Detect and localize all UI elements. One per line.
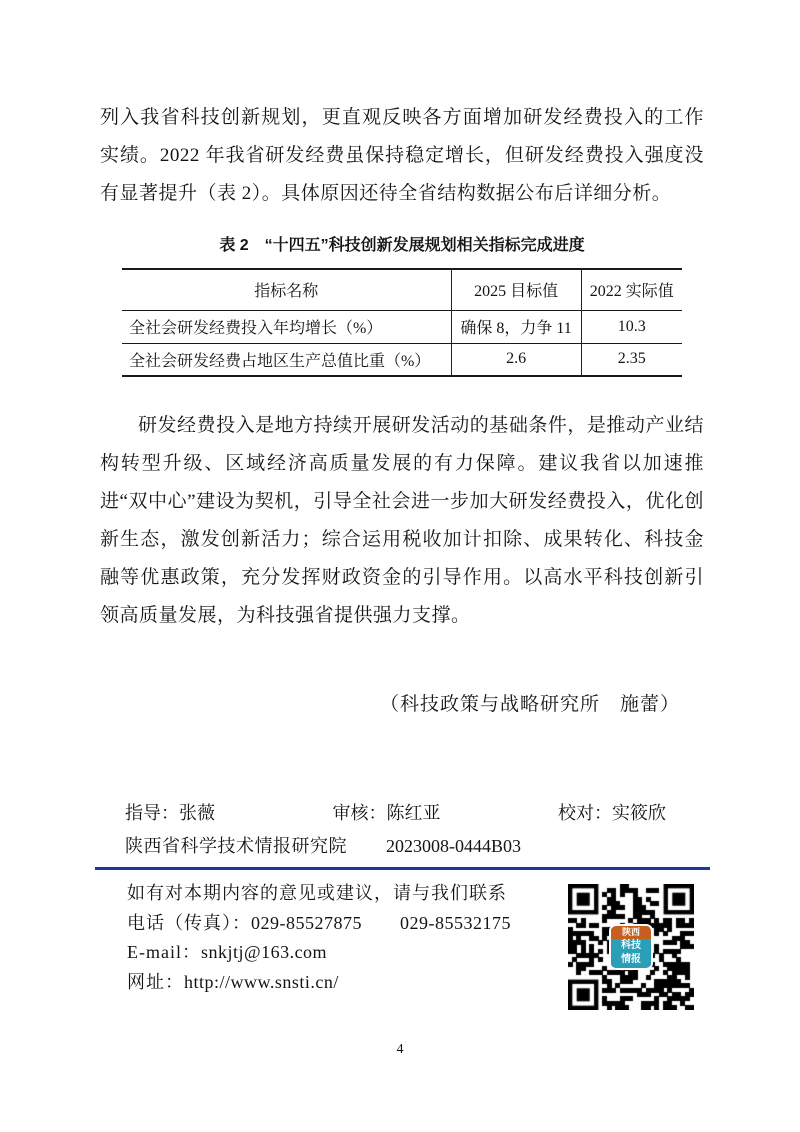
indicators-table: 指标名称 2025 目标值 2022 实际值 全社会研发经费投入年均增长（%） … xyxy=(122,268,682,377)
footer-divider xyxy=(95,867,710,870)
email-label: E-mail： xyxy=(127,942,201,962)
qr-logo-body-text: 科技 情报 xyxy=(611,939,651,968)
contact-phone-line: 电话（传真）：029-85527875029-85532175 xyxy=(127,909,511,939)
credit-guide: 指导：张薇 xyxy=(125,799,215,825)
qr-code: 陕西 科技 情报 xyxy=(565,881,697,1013)
table-header-row: 指标名称 2025 目标值 2022 实际值 xyxy=(122,269,682,310)
credits-row: 指导：张薇 审核：陈红亚 校对：实筱欣 xyxy=(100,799,666,825)
website-url: http://www.snsti.cn/ xyxy=(184,972,339,992)
phone-number-2: 029-85532175 xyxy=(400,913,511,933)
contact-web-line: 网址：http://www.snsti.cn/ xyxy=(127,968,511,998)
qr-logo-top-text: 陕西 xyxy=(611,926,651,939)
table-row: 全社会研发经费投入年均增长（%） 确保 8，力争 11 10.3 xyxy=(122,310,682,343)
body-paragraph-1: 列入我省科技创新规划，更直观反映各方面增加研发经费投入的工作实绩。2022 年我… xyxy=(100,99,704,213)
document-page: 列入我省科技创新规划，更直观反映各方面增加研发经费投入的工作实绩。2022 年我… xyxy=(0,0,800,1132)
cell-indicator: 全社会研发经费投入年均增长（%） xyxy=(122,310,451,343)
body-paragraph-2: 研发经费投入是地方持续开展研发活动的基础条件，是推动产业结构转型升级、区域经济高… xyxy=(100,407,704,635)
credit-review: 审核：陈红亚 xyxy=(333,799,441,825)
col-header-target-2025: 2025 目标值 xyxy=(451,269,581,310)
page-content: 列入我省科技创新规划，更直观反映各方面增加研发经费投入的工作实绩。2022 年我… xyxy=(100,99,704,716)
contact-info: 如有对本期内容的意见或建议，请与我们联系 电话（传真）：029-85527875… xyxy=(100,879,511,1013)
phone-number-1: 029-85527875 xyxy=(251,913,362,933)
credit-proof: 校对：实筱欣 xyxy=(558,799,666,825)
contact-intro: 如有对本期内容的意见或建议，请与我们联系 xyxy=(127,879,511,909)
col-header-actual-2022: 2022 实际值 xyxy=(581,269,682,310)
page-number: 4 xyxy=(0,1042,800,1058)
col-header-indicator: 指标名称 xyxy=(122,269,451,310)
table-row: 全社会研发经费占地区生产总值比重（%） 2.6 2.35 xyxy=(122,343,682,376)
cell-target: 确保 8，力争 11 xyxy=(451,310,581,343)
table-caption: 表 2 “十四五”科技创新发展规划相关指标完成进度 xyxy=(100,232,704,255)
email-address: snkjtj@163.com xyxy=(201,942,327,962)
contact-section: 如有对本期内容的意见或建议，请与我们联系 电话（传真）：029-85527875… xyxy=(100,879,705,1013)
web-label: 网址： xyxy=(127,972,184,992)
cell-actual: 10.3 xyxy=(581,310,682,343)
qr-center-logo: 陕西 科技 情报 xyxy=(611,926,651,968)
document-number: 2023008-0444B03 xyxy=(386,836,521,856)
cell-actual: 2.35 xyxy=(581,343,682,376)
institute-row: 陕西省科学技术情报研究院 2023008-0444B03 xyxy=(100,832,705,858)
page-footer: 指导：张薇 审核：陈红亚 校对：实筱欣 陕西省科学技术情报研究院 2023008… xyxy=(100,799,705,1013)
institute-name: 陕西省科学技术情报研究院 xyxy=(125,836,347,856)
phone-label: 电话（传真）： xyxy=(127,913,251,933)
author-attribution: （科技政策与战略研究所 施蕾） xyxy=(100,689,704,716)
cell-target: 2.6 xyxy=(451,343,581,376)
contact-email-line: E-mail：snkjtj@163.com xyxy=(127,938,511,968)
cell-indicator: 全社会研发经费占地区生产总值比重（%） xyxy=(122,343,451,376)
